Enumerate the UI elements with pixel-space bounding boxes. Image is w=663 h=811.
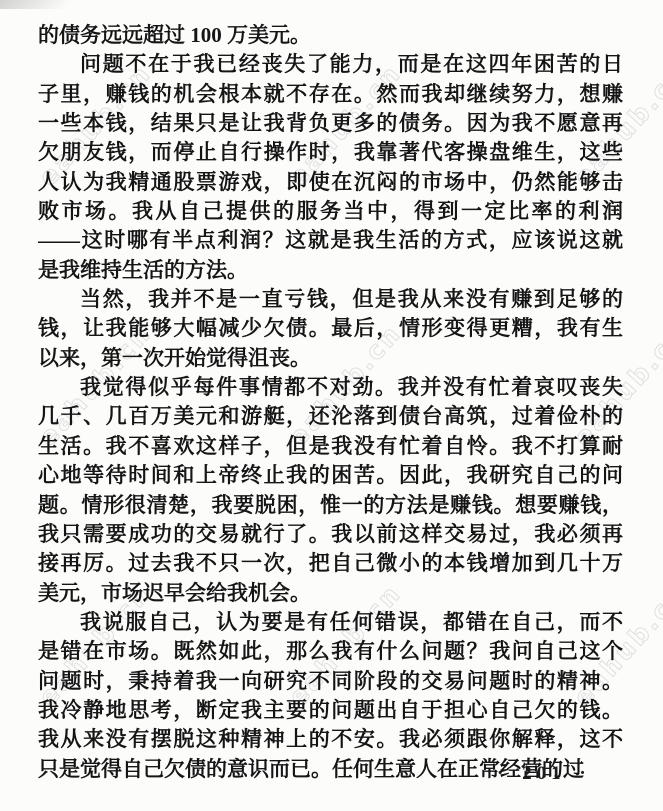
- text-line: 问题时，秉持着我一向研究不同阶段的交易问题时的精神。: [38, 667, 623, 696]
- text-line: 我冷静地思考，断定我主要的问题出自于担心自己欠的钱。: [38, 696, 623, 725]
- text-line: 我觉得似乎每件事情都不对劲。我并没有忙着哀叹丧失: [38, 373, 623, 402]
- text-line: 是我维持生活的方法。: [38, 256, 623, 285]
- text-line: 当然，我并不是一直亏钱，但是我从来没有赚到足够的: [38, 285, 623, 314]
- text-line: 子里，赚钱的机会根本就不存在。然而我却继续努力，想赚: [38, 80, 623, 109]
- text-line: 我从来没有摆脱这种精神上的不安。我必须跟你解释，这不: [38, 725, 623, 754]
- text-line: 我只需要成功的交易就行了。我以前这样交易过，我必须再: [38, 520, 623, 549]
- text-line: 题。情形很清楚，我要脱困，惟一的方法是赚钱。想要赚钱，: [38, 491, 623, 520]
- text-line: 几千、几百万美元和游艇，还沦落到债台高筑，过着俭朴的: [38, 402, 623, 431]
- text-line: ——这时哪有半点利润？这就是我生活的方式，应该说这就: [38, 226, 623, 255]
- text-line: 败市场。我从自己提供的服务当中，得到一定比率的利润: [38, 197, 623, 226]
- text-line: 问题不在于我已经丧失了能力，而是在这四年困苦的日: [38, 50, 623, 79]
- book-page: eahub.cneahub.cneahub.cneahub.cneahub.cn…: [0, 0, 663, 811]
- text-line: 是错在市场。既然如此，那么我有什么问题？我问自己这个: [38, 637, 623, 666]
- text-line: 的债务远远超过 100 万美元。: [38, 21, 623, 50]
- text-line: 以来，第一次开始觉得沮丧。: [38, 344, 623, 373]
- text-line: 欠朋友钱，而停止自行操作时，我靠著代客操盘维生，这些: [38, 138, 623, 167]
- text-line: 接再厉。过去我不只一次，把自己微小的本钱增加到几十万: [38, 549, 623, 578]
- text-line: 人认为我精通股票游戏，即使在沉闷的市场中，仍然能够击: [38, 168, 623, 197]
- text-line: 我说服自己，认为要是有任何错误，都错在自己，而不: [38, 608, 623, 637]
- text-line: 美元，市场迟早会给我机会。: [38, 579, 623, 608]
- text-line: 心地等待时间和上帝终止我的困苦。因此，我研究自己的问: [38, 461, 623, 490]
- body-text: 的债务远远超过 100 万美元。问题不在于我已经丧失了能力，而是在这四年困苦的日…: [38, 21, 623, 784]
- text-line: 一些本钱，结果只是让我背负更多的债务。因为我不愿意再: [38, 109, 623, 138]
- text-line: 生活。我不喜欢这样子，但是我没有忙着自怜。我不打算耐: [38, 432, 623, 461]
- page-number: · 201 ·: [497, 763, 591, 785]
- scan-edge-artifact: [0, 0, 90, 9]
- text-line: 钱，让我能够大幅减少欠债。最后，情形变得更糟，我有生: [38, 314, 623, 343]
